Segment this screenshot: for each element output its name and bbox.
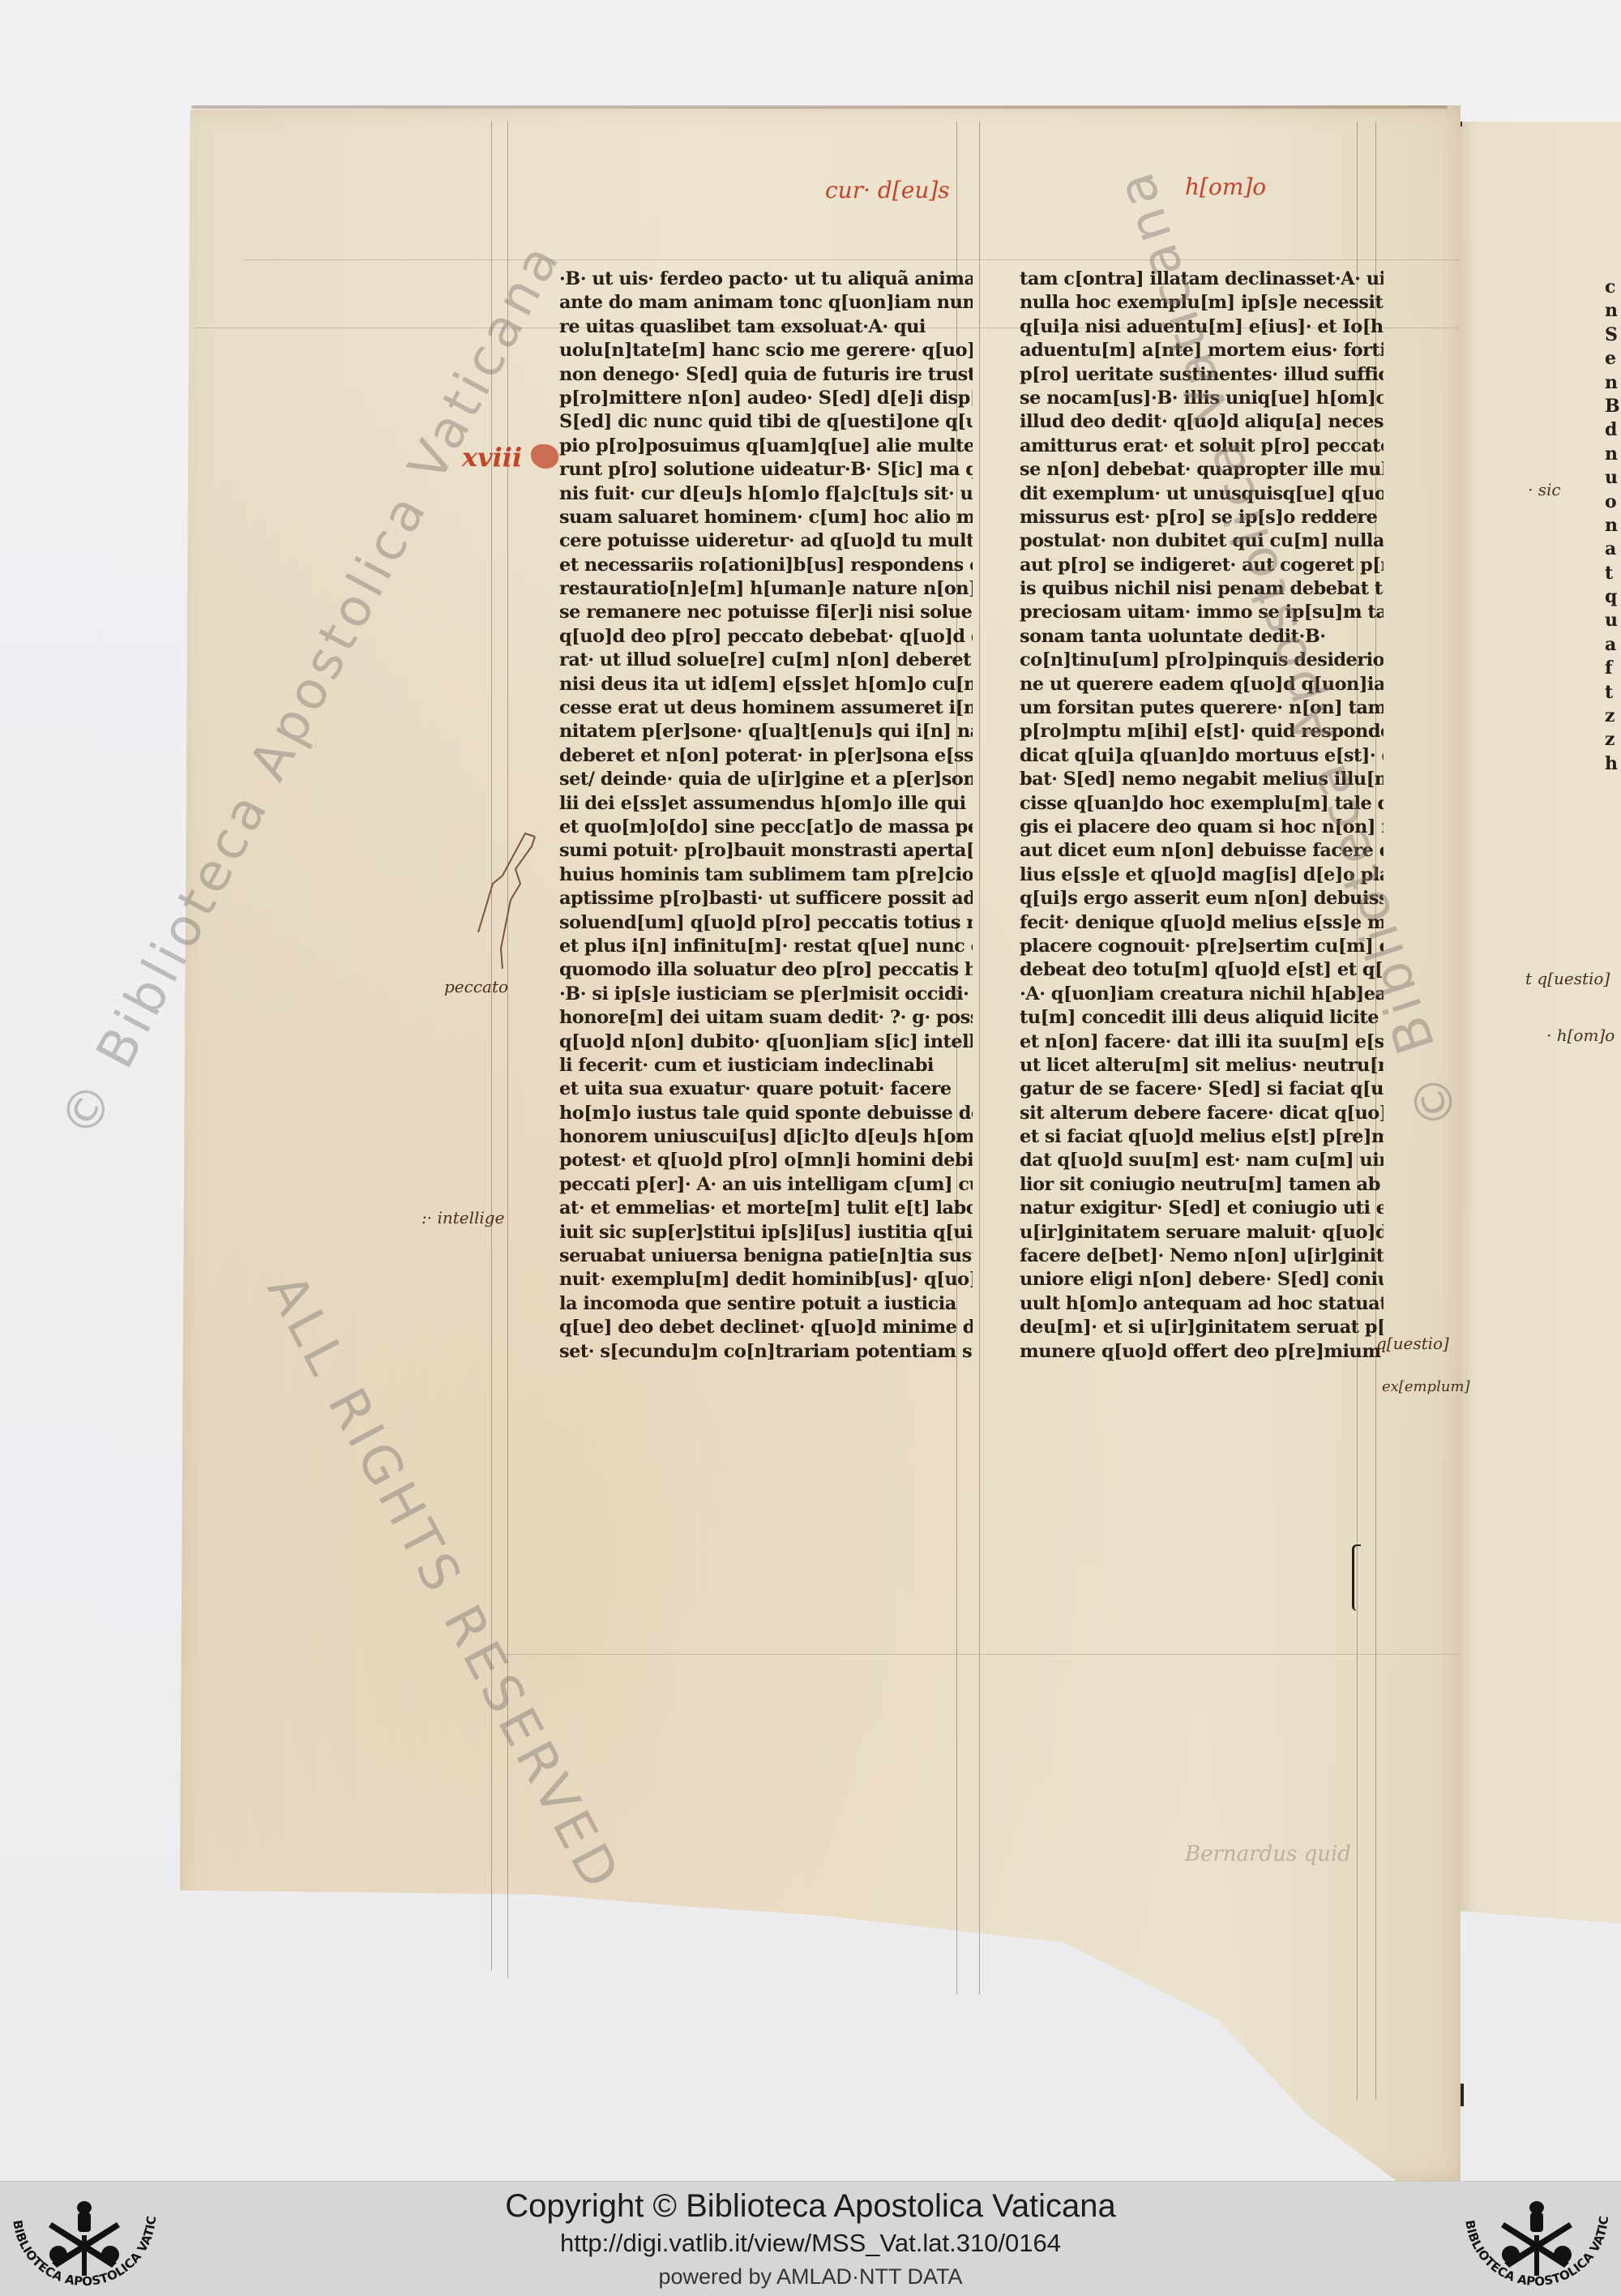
next-leaf-note-questio: t q[uestio] [1525, 969, 1610, 988]
text-line: se n[on] debebat· quapropter ille multo … [1020, 458, 1384, 482]
text-line: set/ deinde· quia de u[ir]gine et a p[er… [559, 768, 973, 791]
text-line: et si faciat q[uo]d melius e[st] p[re]mi… [1020, 1125, 1384, 1149]
text-line: aut p[ro] se indigeret· aut cogeret p[ro… [1020, 554, 1384, 577]
text-fragment: e [1605, 347, 1620, 371]
ruling-line-left-outer [491, 122, 492, 1970]
text-line: dicat q[ui]a q[uan]do mortuus e[st]· ded… [1020, 744, 1384, 768]
text-column-right: tam c[ontra] illatam declinasset·A· uide… [1020, 268, 1376, 1364]
text-line: p[ro]mptu m[ihi] e[st]· quid respondeam·… [1020, 720, 1384, 743]
text-line: aduentu[m] a[nte] mortem eius· fortit[er… [1020, 339, 1384, 362]
text-line: cisse q[uan]do hoc exemplu[m] tale dedit… [1020, 792, 1384, 816]
text-line: um forsitan putes querere· n[on] tam in [1020, 696, 1384, 720]
text-line: S[ed] dic nunc quid tibi de q[uesti]one … [559, 410, 973, 434]
margin-bracket [1352, 1544, 1361, 1611]
text-line: iuit sic sup[er]stitui ip[s]i[us] iustit… [559, 1221, 973, 1244]
folio-top-edge [191, 105, 1448, 109]
text-fragment: q [1605, 585, 1620, 609]
ruling-line-top-1 [243, 259, 1459, 260]
papal-keys-tiara-icon: BIBLIOTECA APOSTOLICA VATICANA [1456, 2190, 1618, 2291]
text-fragment: o [1605, 490, 1620, 514]
permalink-url[interactable]: http://digi.vatlib.it/view/MSS_Vat.lat.3… [0, 2229, 1621, 2258]
text-line: se remanere nec potuisse fi[er]i nisi so… [559, 601, 973, 624]
text-fragment: n [1605, 371, 1620, 395]
next-leaf-note-homo: · h[om]o [1546, 1026, 1615, 1045]
text-fragment: c [1605, 276, 1620, 299]
text-fragment: u [1605, 609, 1620, 632]
text-line: lii dei e[ss]et assumendus h[om]o ille q… [559, 792, 973, 816]
text-line: deu[m]· et si u[ir]ginitatem seruat p[ro… [1020, 1316, 1384, 1339]
text-fragment: d [1605, 418, 1620, 442]
text-line: et necessariis ro[ationi]b[us] responden… [559, 554, 973, 577]
text-line: et n[on] facere· dat illi ita suu[m] e[s… [1020, 1030, 1384, 1054]
text-line: et plus i[n] infinitu[m]· restat q[ue] n… [559, 935, 973, 958]
text-line: pio p[ro]posuimus q[uam]q[ue] alie multe… [559, 435, 973, 458]
text-line: dit exemplum· ut unusquisq[ue] q[uo]d al… [1020, 482, 1384, 506]
text-line: cere potuisse uideretur· ad q[uo]d tu mu… [559, 529, 973, 553]
text-line: et uita sua exuatur· quare potuit· facer… [559, 1077, 973, 1101]
text-line: gatur de se facere· S[ed] si faciat q[uo… [1020, 1077, 1384, 1101]
text-line: missurus est· p[ro] se ip[s]o reddere de… [1020, 506, 1384, 529]
text-line: nuit· exemplu[m] dedit hominib[us]· q[uo… [559, 1268, 973, 1291]
text-line: sonam tanta uoluntate dedit·B· [1020, 625, 1384, 649]
text-line: natur exigitur· S[ed] et coniugio uti et… [1020, 1197, 1384, 1220]
text-line: postulat· non dubitet qui cu[m] nullaten… [1020, 529, 1384, 553]
next-leaf-text: c n S e n B d n u o n a t q u a f t z z … [1605, 276, 1620, 776]
text-line: q[ue] deo debet declinet· q[uo]d minime … [559, 1316, 973, 1339]
text-line: et quo[m]o[do] sine pecc[at]o de massa p… [559, 816, 973, 839]
text-line: dat q[uo]d suu[m] est· nam cu[m] uirgini… [1020, 1149, 1384, 1172]
text-fragment: f [1605, 657, 1620, 680]
text-line: q[ui]a nisi aduentu[m] e[ius]· et Io[han… [1020, 315, 1384, 339]
text-line: suam saluaret hominem· c[um] hoc alio mo… [559, 506, 973, 529]
text-line: aptissime p[ro]basti· ut sufficere possi… [559, 887, 973, 910]
ruling-line-intercol-right [979, 122, 980, 1994]
text-line: uult h[om]o antequam ad hoc statuat hoc … [1020, 1292, 1384, 1316]
text-line: lius e[ss]e et q[uo]d mag[is] d[e]o plac… [1020, 863, 1384, 887]
text-fragment: n [1605, 443, 1620, 466]
text-line: ·B· si ip[s]e iusticiam se p[er]misit oc… [559, 983, 973, 1006]
text-line: nulla hoc exemplu[m] ip[s]e necessitate … [1020, 291, 1384, 315]
text-line: bat· S[ed] nemo negabit melius illu[m] f… [1020, 768, 1384, 791]
text-fragment: B [1605, 395, 1620, 418]
text-line: nitatem p[er]sone· q[ua]t[enu]s qui i[n]… [559, 720, 973, 743]
text-line: illud deo dedit· q[uo]d aliqu[a] necessi… [1020, 410, 1384, 434]
copyright-footer: BIBLIOTECA APOSTOLICA VATICANA Copyright… [0, 2181, 1621, 2296]
text-line: q[uo]d n[on] dubito· q[uon]iam s[ic] int… [559, 1030, 973, 1054]
text-line: q[uo]d deo p[ro] peccato debebat· q[uo]d… [559, 625, 973, 649]
text-line: aut dicet eum n[on] debuisse facere q[uo… [1020, 839, 1384, 863]
text-column-left: ·B· ut uis· ferdeo pacto· ut tu aliquã a… [559, 268, 964, 1364]
text-line: p[ro]mittere n[on] audeo· S[ed] d[e]i di… [559, 387, 973, 410]
text-line: u[ir]ginitatem seruare maluit· q[uo]d fa… [1020, 1221, 1384, 1244]
text-line: sit alterum debere facere· dicat q[uo]d … [1020, 1102, 1384, 1125]
ruling-line-bottom [503, 1654, 1459, 1655]
text-fragment: h [1605, 752, 1620, 776]
text-fragment: z [1605, 728, 1620, 752]
pencil-annotation: Bernardus quid [1185, 1842, 1351, 1866]
text-line: honore[m] dei uitam suam dedit· ?· g· po… [559, 1006, 973, 1030]
text-line: nisi deus ita ut id[em] e[ss]et h[om]o c… [559, 673, 973, 696]
text-line: non denego· S[ed] quia de futuris ire tr… [559, 363, 973, 387]
text-fragment: n [1605, 299, 1620, 323]
chapter-number: xviii [462, 442, 522, 473]
text-line: ho[m]o iustus tale quid sponte debuisse … [559, 1102, 973, 1125]
text-line: p[ro] ueritate sustinentes· illud suffic… [1020, 363, 1384, 387]
text-line: at· et emmelias· et morte[m] tulit e[t] … [559, 1197, 973, 1220]
text-line: fecit· denique q[uo]d melius e[ss]e magi… [1020, 911, 1384, 935]
text-fragment: a [1605, 633, 1620, 657]
running-title-left: cur· d[eu]s [825, 177, 950, 203]
copyright-text: Copyright © Biblioteca Apostolica Vatica… [0, 2188, 1621, 2225]
text-line: co[n]tinu[um] p[ro]pinquis desiderio meo… [1020, 649, 1384, 672]
text-line: rat· ut illud solue[re] cu[m] n[on] debe… [559, 649, 973, 672]
ruling-line-left-inner [507, 122, 508, 1978]
text-fragment: t [1605, 562, 1620, 585]
vatican-library-seal-right: BIBLIOTECA APOSTOLICA VATICANA [1456, 2190, 1618, 2291]
text-line: debeat deo totu[m] q[uo]d e[st] et q[uo]… [1020, 958, 1384, 982]
text-line: cesse erat ut deus hominem assumeret i[n… [559, 696, 973, 720]
text-line: honorem uniuscui[us] d[ic]to d[eu]s h[om… [559, 1125, 973, 1149]
text-line: preciosam uitam· immo se ip[su]m tantam … [1020, 601, 1384, 624]
text-fragment: t [1605, 681, 1620, 705]
text-line: la incomoda que sentire potuit a iustici… [559, 1292, 973, 1316]
text-line: re uitas quaslibet tam exsoluat·A· qui [559, 315, 973, 339]
margin-note-questio: q[uestio] [1376, 1334, 1449, 1353]
text-line: ut licet alteru[m] sit melius· neutru[m]… [1020, 1054, 1384, 1077]
text-fragment: u [1605, 466, 1620, 490]
text-fragment: n [1605, 514, 1620, 538]
text-line: uniore eligi n[on] debere· S[ed] coniug[… [1020, 1268, 1384, 1291]
text-line: gis ei placere deo quam si hoc n[on] fec… [1020, 816, 1384, 839]
text-line: set· s[ecundu]m co[n]trariam potentiam s… [559, 1340, 973, 1364]
text-line: soluend[um] q[uo]d p[ro] peccatis totius… [559, 911, 973, 935]
text-line: tu[m] concedit illi deus aliquid licite … [1020, 1006, 1384, 1030]
text-line: quomodo illa soluatur deo p[ro] peccatis… [559, 958, 973, 982]
text-line: placere cognouit· p[re]sertim cu[m] crea… [1020, 935, 1384, 958]
text-line: se nocam[us]·B· illis uniq[ue] h[om]o mo… [1020, 387, 1384, 410]
text-line: ne ut querere eadem q[uo]d q[uon]iam ius… [1020, 673, 1384, 696]
text-line: runt p[ro] solutione uideatur·B· S[ic] m… [559, 458, 973, 482]
text-line: uolu[n]tate[m] hanc scio me gerere· q[uo… [559, 339, 973, 362]
text-line: sumi potuit· p[ro]bauit monstrasti apert… [559, 839, 973, 863]
margin-note-intellige: :· intellige [421, 1208, 504, 1227]
powered-by-text: powered by AMLAD·NTT DATA [0, 2264, 1621, 2290]
text-line: munere q[uo]d offert deo p[re]mium expec… [1020, 1340, 1384, 1364]
text-line: nis fuit· cur d[eu]s h[om]o f[a]c[tu]s s… [559, 482, 973, 506]
manicule-pointing-hand-icon [454, 827, 551, 989]
text-line: lior sit coniugio neutru[m] tamen ab hom… [1020, 1173, 1384, 1197]
text-line: amitturus erat· et soluit p[ro] peccator… [1020, 435, 1384, 458]
margin-note-exemplum: ex[emplum] [1382, 1378, 1470, 1395]
text-fragment: z [1605, 705, 1620, 728]
text-line: restauratio[n]e[m] h[uman]e nature n[on]… [559, 577, 973, 601]
text-line: deberet et n[on] poterat· in p[er]sona e… [559, 744, 973, 768]
text-line: tam c[ontra] illatam declinasset·A· uide… [1020, 268, 1384, 291]
next-leaf-note-sic: · sic [1528, 480, 1561, 499]
text-line: peccati p[er]· A· an uis intelligam c[um… [559, 1173, 973, 1197]
text-line: ·B· ut uis· ferdeo pacto· ut tu aliquã a… [559, 268, 973, 291]
text-line: huius hominis tam sublimem tam p[re]cios… [559, 863, 973, 887]
text-line: facere de[bet]· Nemo n[on] u[ir]ginitate… [1020, 1244, 1384, 1268]
text-line: ·A· q[uon]iam creatura nichil h[ab]eat a… [1020, 983, 1384, 1006]
text-line: li fecerit· cum et iusticiam indeclinabi [559, 1054, 973, 1077]
text-fragment: a [1605, 538, 1620, 561]
text-line: ante do mam animam tonc q[uon]iam nunc i… [559, 291, 973, 315]
text-line: potest· et q[uo]d p[ro] o[mn]i homini de… [559, 1149, 973, 1172]
text-fragment: S [1605, 323, 1620, 347]
red-initial-flourish [531, 444, 558, 469]
running-title-right: h[om]o [1185, 173, 1266, 200]
text-line: q[ui]s ergo asserit eum n[on] debuisse d… [1020, 887, 1384, 910]
text-line: is quibus nichil nisi penam debebat tam [1020, 577, 1384, 601]
text-line: seruabat uniuersa benigna patie[n]tia su… [559, 1244, 973, 1268]
next-leaf [1459, 122, 1621, 2181]
